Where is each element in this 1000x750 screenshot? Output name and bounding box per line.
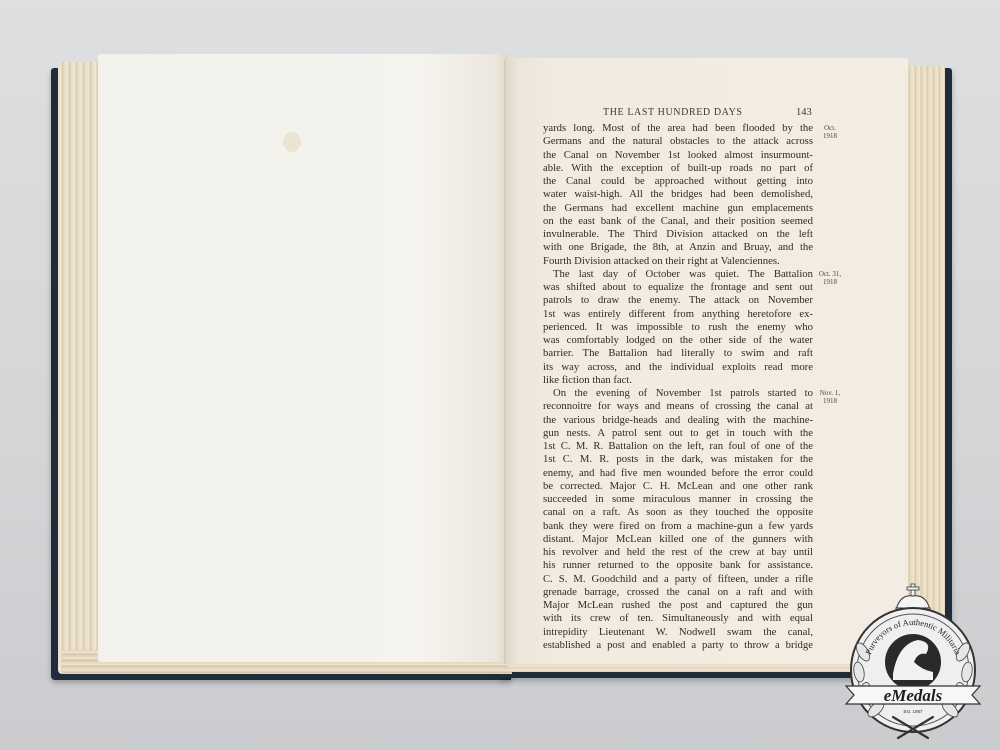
text-line: 1st C. M. R. Battalion on the left, ran … bbox=[543, 440, 813, 453]
watermark-established: Est. 1987 bbox=[903, 709, 923, 714]
text-line: bank they were fired on from a machine-g… bbox=[543, 520, 813, 533]
margin-note-month: Oct. 31, bbox=[812, 270, 848, 278]
text-line: water waist-high. All the bridges had be… bbox=[543, 188, 813, 201]
text-line: the Canal on November 1st looked almost … bbox=[543, 149, 813, 162]
text-line: his runner returned to the opposite bank… bbox=[543, 559, 813, 572]
margin-note-year: 1918 bbox=[812, 132, 848, 140]
page-body-text: yards long. Most of the area had been fl… bbox=[543, 122, 813, 652]
photo-scene: THE LAST HUNDRED DAYS 143 yards long. Mo… bbox=[0, 0, 1000, 750]
text-line: distant. Major McLean killed one of the … bbox=[543, 533, 813, 546]
text-line: the various bridge-heads and dealing wit… bbox=[543, 414, 813, 427]
text-line: with one Brigade, the 8th, at Anzin and … bbox=[543, 241, 813, 254]
watermark-brand: eMedals bbox=[884, 686, 943, 705]
text-line: canal on a raft. As soon as they touched… bbox=[543, 506, 813, 519]
text-line: 1st was entirely different from anything… bbox=[543, 308, 813, 321]
text-line: grenade barrage, crossed the canal on a … bbox=[543, 586, 813, 599]
text-line: The last day of October was quiet. The B… bbox=[543, 268, 813, 281]
margin-note-year: 1918 bbox=[812, 397, 848, 405]
text-line: reconnoitre for ways and means of crossi… bbox=[543, 400, 813, 413]
text-line: intrepidity Lieutenant W. Nodwell swam t… bbox=[543, 626, 813, 639]
text-line: its way across, and the individual explo… bbox=[543, 361, 813, 374]
text-line: with its crew of ten. Simultaneously and… bbox=[543, 612, 813, 625]
left-page-blank bbox=[98, 54, 508, 662]
text-line: succeeded in some miraculous manner in c… bbox=[543, 493, 813, 506]
text-line: was comfortably lodged on the other side… bbox=[543, 334, 813, 347]
text-line: gun nests. A patrol sent out to get in t… bbox=[543, 427, 813, 440]
text-line: like fiction than fact. bbox=[543, 374, 813, 387]
margin-date-note: Nov. 1,1918 bbox=[812, 389, 848, 405]
text-line: on the east bank of the Canal, and their… bbox=[543, 215, 813, 228]
text-line: established a post and enabled a party t… bbox=[543, 639, 813, 652]
emedals-watermark-logo: Purveyors of Authentic Militaria eMedals… bbox=[838, 582, 988, 742]
text-line: Fourth Division attacked on their right … bbox=[543, 255, 813, 268]
running-head: THE LAST HUNDRED DAYS bbox=[603, 107, 743, 118]
margin-note-month: Oct. bbox=[812, 124, 848, 132]
margin-note-year: 1918 bbox=[812, 278, 848, 286]
text-line: On the evening of November 1st patrols s… bbox=[543, 387, 813, 400]
page-stain bbox=[283, 132, 301, 152]
page-number: 143 bbox=[796, 107, 812, 118]
page-block-edge-right bbox=[905, 66, 945, 670]
text-line: Major McLean rushed the post and capture… bbox=[543, 599, 813, 612]
text-line: yards long. Most of the area had been fl… bbox=[543, 122, 813, 135]
text-line: be corrected. Major C. H. McLean and one… bbox=[543, 480, 813, 493]
text-line: the Germans had excellent machine gun em… bbox=[543, 202, 813, 215]
text-line: perienced. It was impossible to rush the… bbox=[543, 321, 813, 334]
text-line: able. With the exception of built-up roa… bbox=[543, 162, 813, 175]
margin-date-note: Oct.1918 bbox=[812, 124, 848, 140]
text-line: was shifted about to equalize the fronta… bbox=[543, 281, 813, 294]
text-line: patrols to draw the enemy. The attack on… bbox=[543, 294, 813, 307]
text-line: the Canal could be approached without ge… bbox=[543, 175, 813, 188]
text-line: enemy, and had five men wounded before t… bbox=[543, 467, 813, 480]
text-line: barrier. The Battalion had literally to … bbox=[543, 347, 813, 360]
text-line: Germans and the natural obstacles to the… bbox=[543, 135, 813, 148]
margin-date-note: Oct. 31,1918 bbox=[812, 270, 848, 286]
text-line: invulnerable. The Third Division attacke… bbox=[543, 228, 813, 241]
text-line: his revolver and held the rest of the cr… bbox=[543, 546, 813, 559]
text-line: C. S. M. Goodchild and a party of fiftee… bbox=[543, 573, 813, 586]
book-gutter bbox=[504, 60, 508, 664]
margin-note-month: Nov. 1, bbox=[812, 389, 848, 397]
text-line: 1st C. M. R. posts in the dark, was mist… bbox=[543, 453, 813, 466]
